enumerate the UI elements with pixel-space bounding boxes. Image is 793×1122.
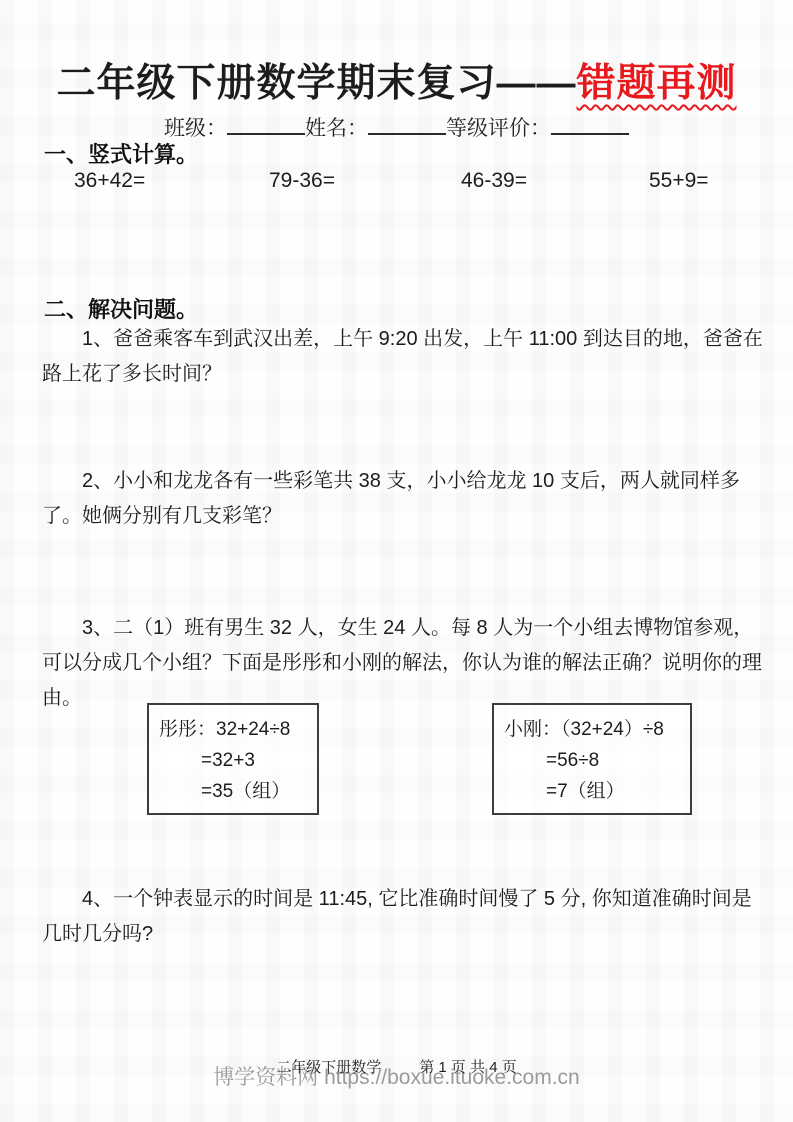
solution-line: 彤彤：32+24÷8 xyxy=(159,714,311,745)
solution-line: 小刚：（32+24）÷8 xyxy=(504,714,684,745)
footer: 二年级下册数学第 1 页 共 4 页 xyxy=(0,1056,793,1077)
solution-line: =35（组） xyxy=(159,776,311,807)
name-blank-line xyxy=(368,112,446,135)
problem-1: 1、爸爸乘客车到武汉出差，上午 9:20 出发，上午 11:00 到达目的地，爸… xyxy=(42,322,764,392)
name-label: 姓名： xyxy=(305,116,368,140)
tongtong-solution-box: 彤彤：32+24÷8 =32+3 =35（组） xyxy=(147,703,319,815)
solution-line: =56÷8 xyxy=(504,745,684,776)
xiaogang-solution-box: 小刚：（32+24）÷8 =56÷8 =7（组） xyxy=(492,703,692,815)
calc-expression-1: 36+42= xyxy=(74,169,145,193)
rating-label: 等级评价： xyxy=(446,116,551,140)
calc-expression-2: 79-36= xyxy=(269,169,335,193)
problem-3: 3、二（1）班有男生 32 人，女生 24 人。每 8 人为一个小组去博物馆参观… xyxy=(42,611,764,716)
title-text: 二年级下册数学期末复习—— xyxy=(56,62,576,105)
section-2-heading: 二、解决问题。 xyxy=(44,293,198,324)
solution-line: =7（组） xyxy=(504,776,684,807)
calc-expression-3: 46-39= xyxy=(461,169,527,193)
footer-doc-title: 二年级下册数学 xyxy=(276,1059,381,1076)
solution-line: =32+3 xyxy=(159,745,311,776)
title-highlight: 错题再测 xyxy=(577,62,737,105)
footer-page-number: 第 1 页 共 4 页 xyxy=(419,1059,517,1076)
section-1-heading: 一、竖式计算。 xyxy=(44,138,198,169)
calc-expression-4: 55+9= xyxy=(649,169,709,193)
rating-blank-line xyxy=(551,112,629,135)
worksheet-page: 二年级下册数学期末复习——错题再测 班级：姓名：等级评价： 一、竖式计算。 36… xyxy=(0,0,793,1122)
problem-2: 2、小小和龙龙各有一些彩笔共 38 支，小小给龙龙 10 支后，两人就同样多了。… xyxy=(42,464,764,534)
class-blank-line xyxy=(227,112,305,135)
problem-4: 4、一个钟表显示的时间是 11:45, 它比准确时间慢了 5 分, 你知道准确时… xyxy=(42,882,764,952)
page-title: 二年级下册数学期末复习——错题再测 xyxy=(0,52,793,108)
class-label: 班级： xyxy=(164,116,227,140)
